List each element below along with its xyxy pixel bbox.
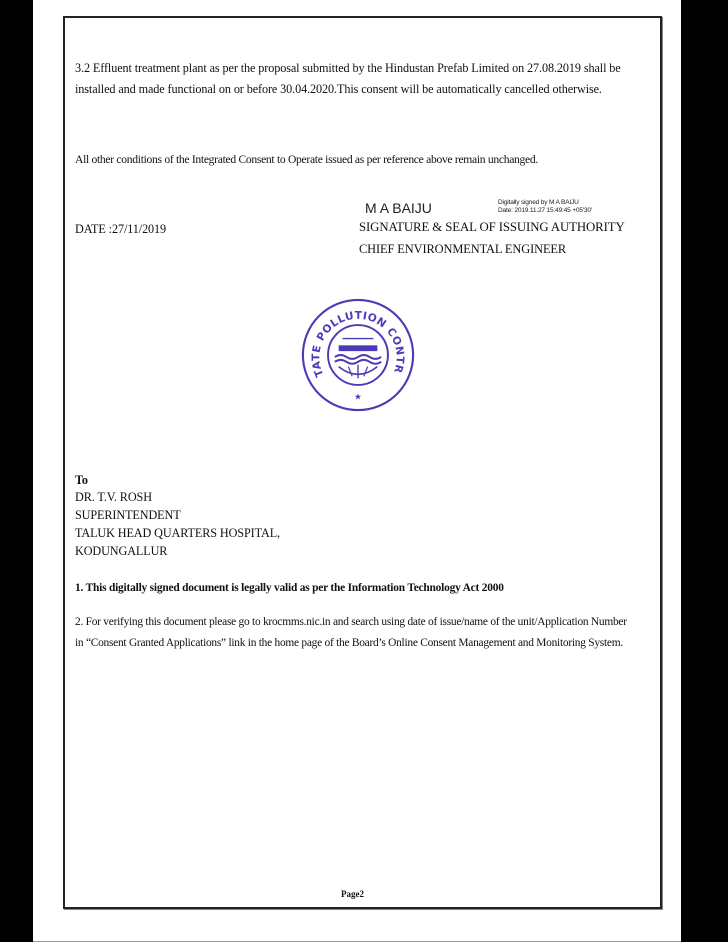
signer-name: M A BAIJU — [365, 200, 432, 216]
document-page: 3.2 Effluent treatment plant as per the … — [33, 0, 681, 942]
date-line: DATE :27/11/2019 — [75, 219, 166, 240]
authority-line-1: SIGNATURE & SEAL OF ISSUING AUTHORITY — [359, 217, 625, 238]
digital-sign-line: Digitally signed by M A BAIJU — [498, 199, 592, 207]
digital-sign-date: Date: 2019.11.27 15:49:45 +05'30' — [498, 207, 592, 215]
verification-note: 2. For verifying this document please go… — [75, 612, 635, 654]
addressee-line: KODUNGALLUR — [75, 541, 167, 562]
legal-validity-note: 1. This digitally signed document is leg… — [75, 578, 504, 599]
digital-signature-info: Digitally signed by M A BAIJU Date: 2019… — [498, 199, 592, 215]
svg-text:★: ★ — [354, 391, 362, 401]
other-conditions-text: All other conditions of the Integrated C… — [75, 149, 538, 170]
authority-line-2: CHIEF ENVIRONMENTAL ENGINEER — [359, 239, 566, 260]
page-number: Page2 — [341, 889, 364, 899]
kspcb-seal-icon: KERALA STATE POLLUTION CONTROL BOARD ★ — [300, 297, 416, 413]
condition-3-2: 3.2 Effluent treatment plant as per the … — [75, 58, 650, 100]
